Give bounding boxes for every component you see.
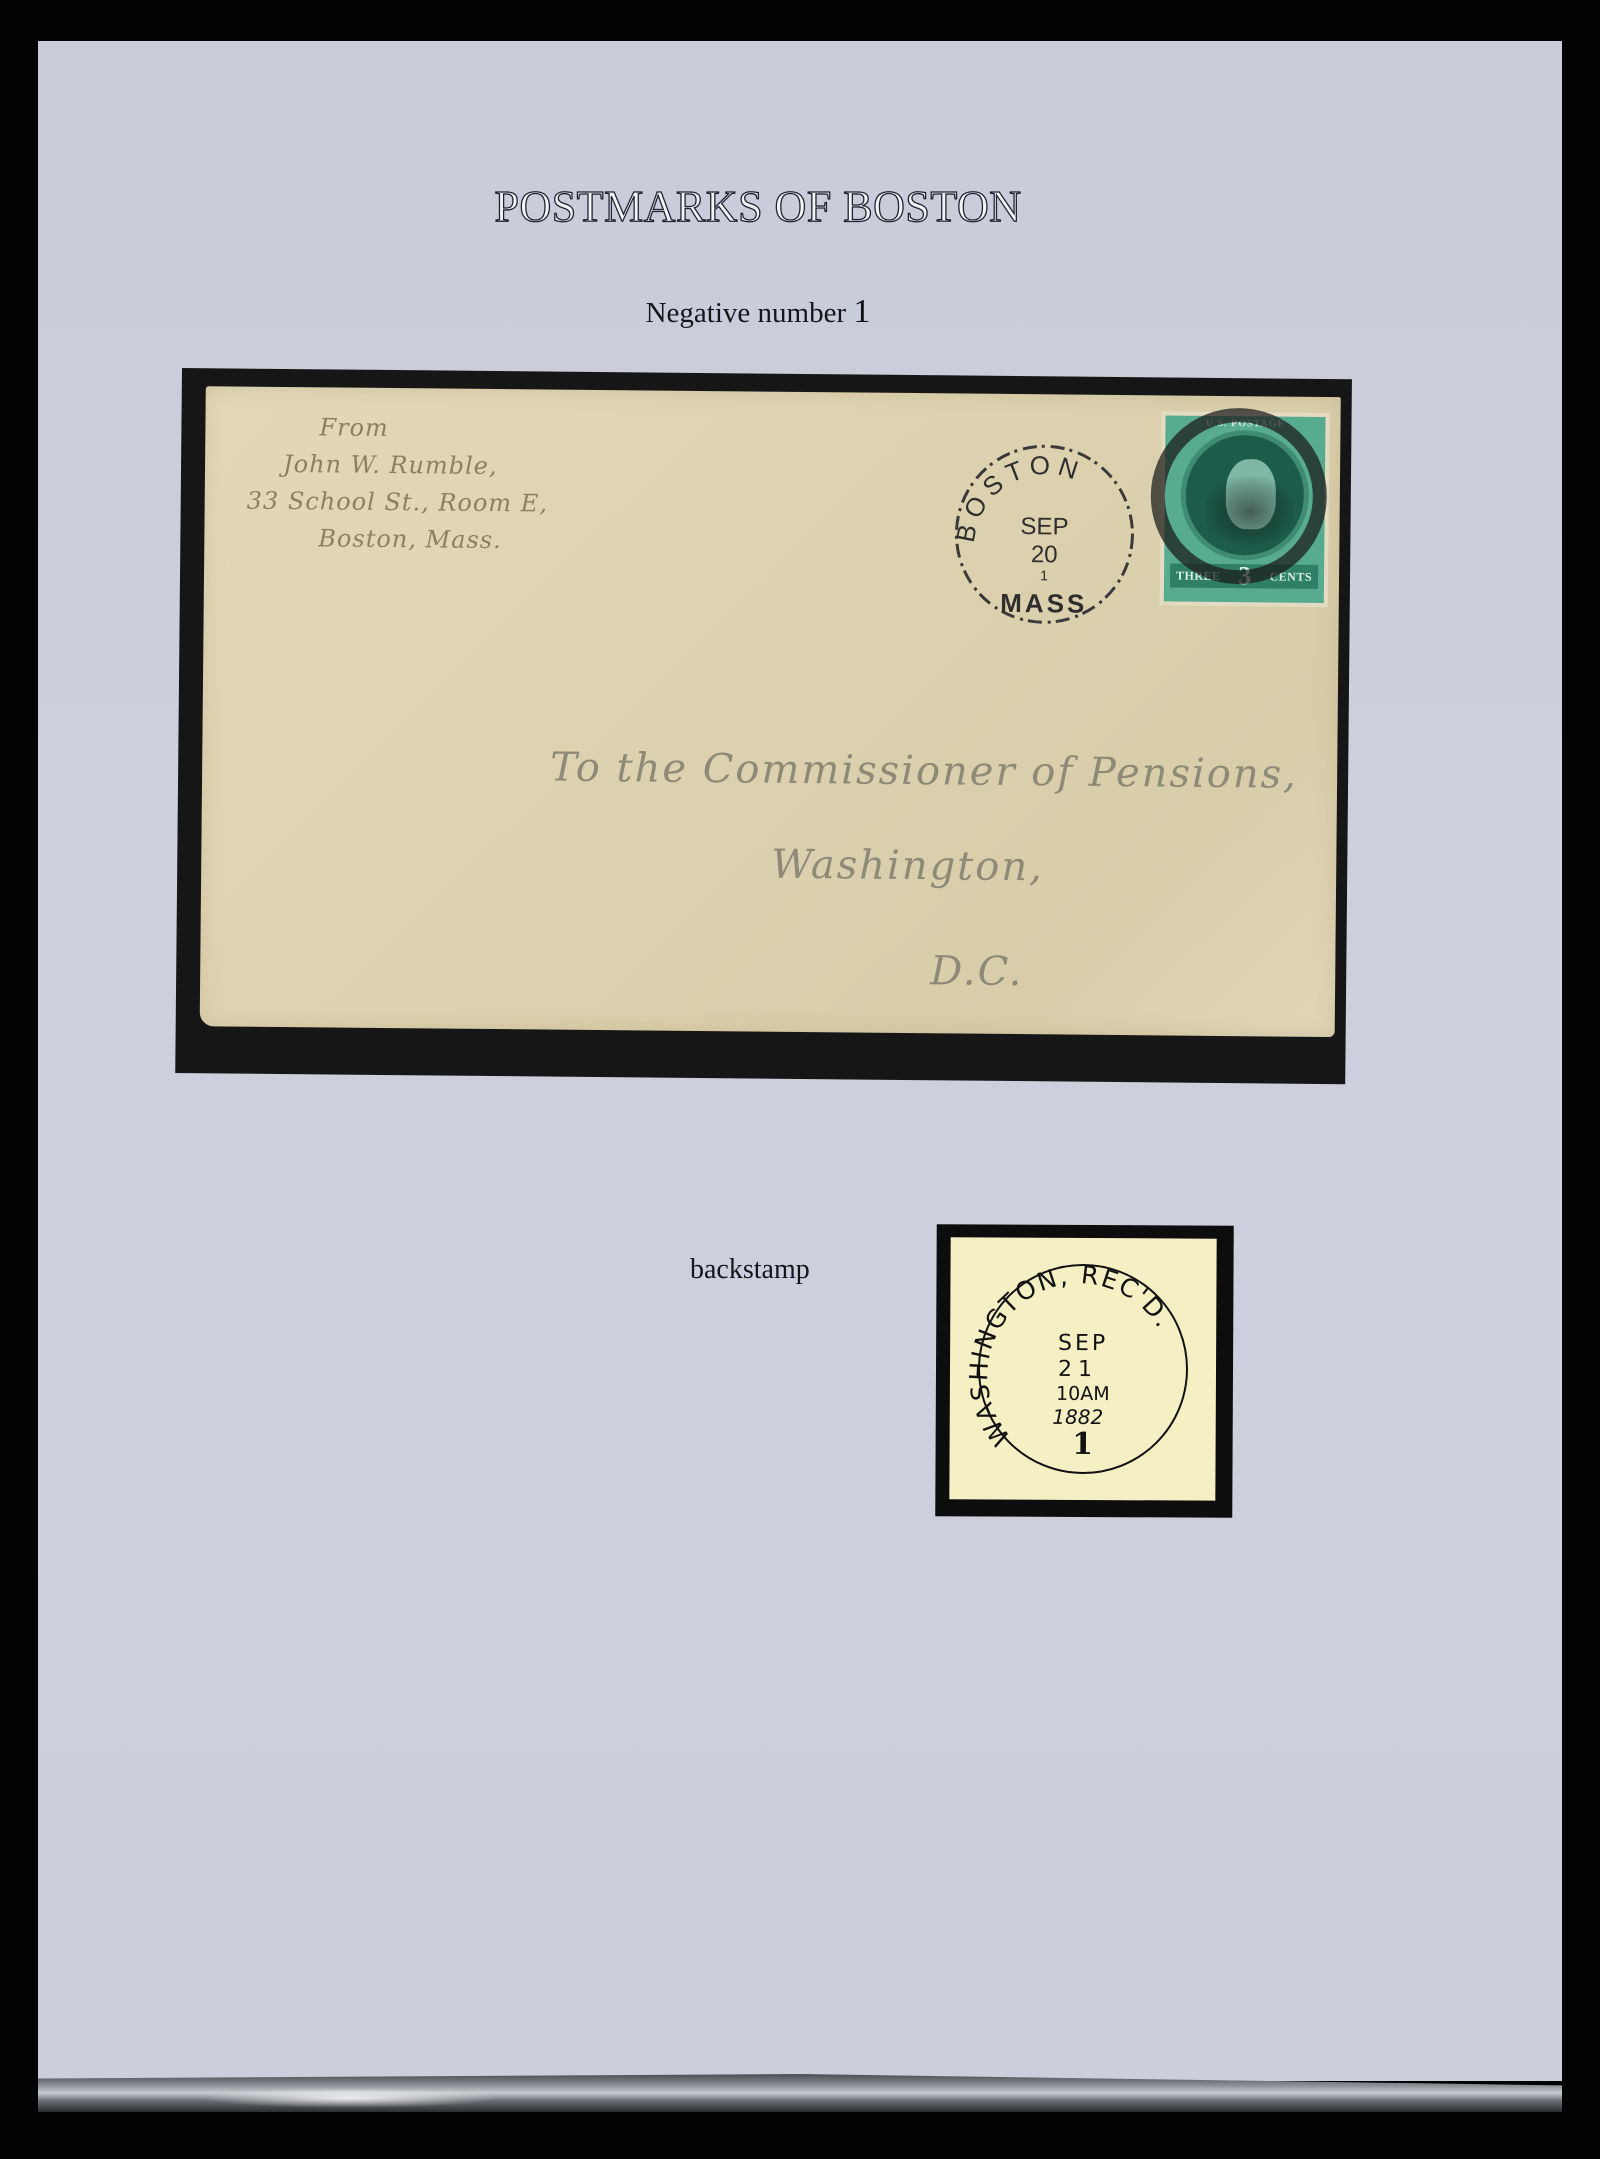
return-address-line: From: [247, 409, 549, 449]
washington-backstamp: WASHINGTON, REC'D. SEP 21 10AM 1882 1: [949, 1237, 1216, 1500]
return-address: From John W. Rumble, 33 School St., Room…: [246, 409, 549, 560]
return-address-line: John W. Rumble,: [247, 446, 549, 486]
page-title: POSTMARKS OF BOSTON: [0, 181, 1520, 232]
negative-number-label: Negative number: [646, 297, 847, 329]
postmark-month: SEP: [1020, 513, 1068, 540]
boston-postmark: BOSTON SEP 20 1 MASS: [943, 433, 1145, 635]
postmark-day: 20: [1031, 541, 1058, 568]
binder-glare: [200, 2088, 500, 2108]
negative-number-value: 1: [853, 293, 870, 330]
backstamp-day: 21: [1058, 1357, 1098, 1382]
return-address-line: 33 School St., Room E,: [247, 483, 549, 523]
postmark-state: MASS: [1000, 588, 1087, 619]
postmark-sub: 1: [1040, 567, 1048, 583]
stamp-value: 3: [1238, 561, 1252, 591]
backstamp-number: 1: [1072, 1427, 1093, 1462]
stamp-value-bar: THREE 3 CENTS: [1170, 563, 1318, 588]
addressee-line: D.C.: [930, 948, 1024, 995]
stamp-left-text: THREE: [1176, 568, 1221, 583]
backstamp-mount: WASHINGTON, REC'D. SEP 21 10AM 1882 1: [935, 1224, 1234, 1518]
cancel-smudge: [1204, 476, 1295, 547]
negative-number-caption: Negative number 1: [0, 293, 1520, 331]
backstamp-month: SEP: [1058, 1331, 1108, 1356]
backstamp-card: WASHINGTON, REC'D. SEP 21 10AM 1882 1: [949, 1237, 1216, 1500]
envelope-mount: From John W. Rumble, 33 School St., Room…: [175, 368, 1352, 1084]
envelope-cover: From John W. Rumble, 33 School St., Room…: [200, 386, 1341, 1037]
backstamp-year: 1882: [1052, 1405, 1103, 1429]
stamp-right-text: CENTS: [1269, 569, 1312, 584]
addressee-line: To the Commissioner of Pensions,: [550, 745, 1298, 798]
stamp-top-text: U.S. POSTAGE: [1165, 417, 1325, 430]
addressee-line: Washington,: [771, 842, 1044, 891]
return-address-line: Boston, Mass.: [246, 520, 548, 560]
backstamp-time: 10AM: [1056, 1383, 1110, 1405]
backstamp-label: backstamp: [690, 1254, 810, 1286]
